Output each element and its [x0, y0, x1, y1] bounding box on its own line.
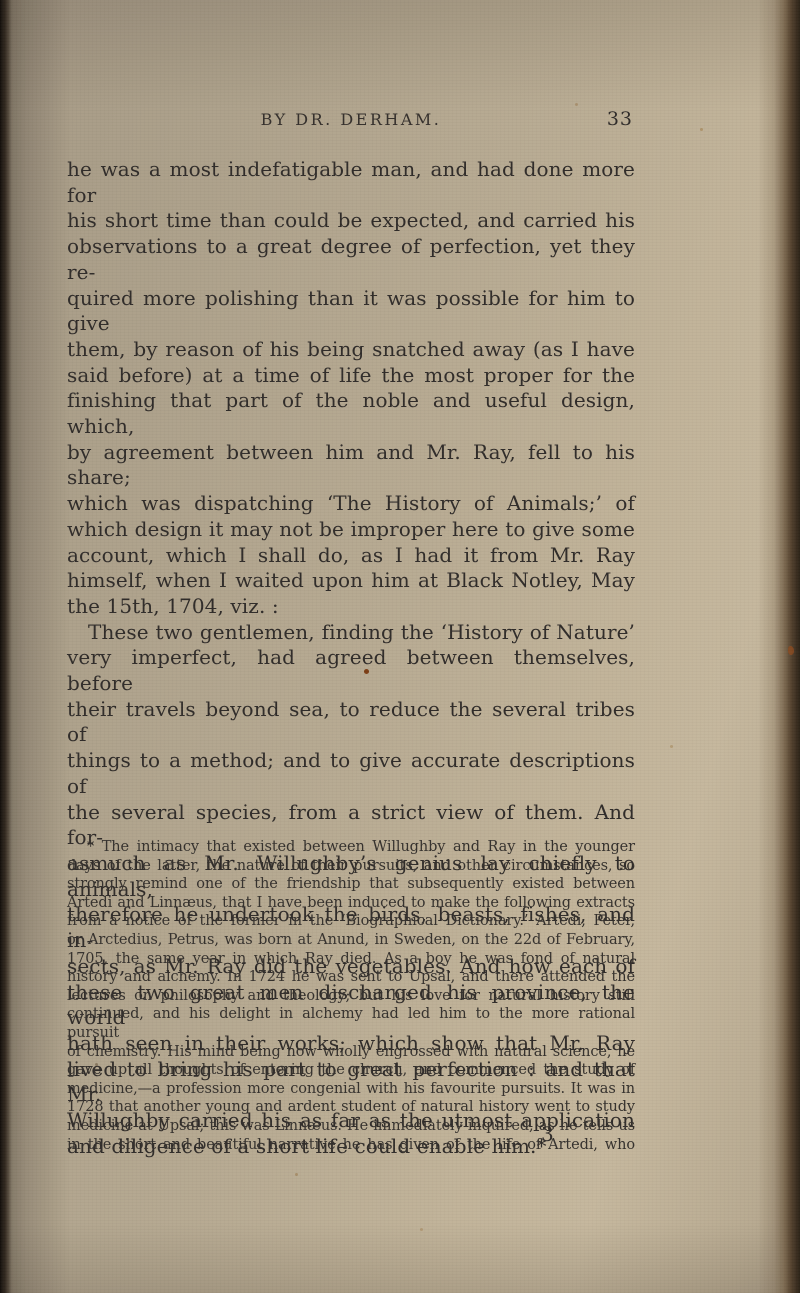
body-text-line: the 15th, 1704, viz. :: [67, 594, 635, 620]
footnote-line: strongly remind one of the friendship th…: [67, 875, 635, 894]
body-text-line: These two gentlemen, finding the ‘Histor…: [67, 620, 635, 646]
footnote-line: or Arctedius, Petrus, was born at Anund,…: [67, 931, 635, 950]
footnote-line: from a notice of the former in the ‘Biog…: [67, 912, 635, 931]
body-text-line: observations to a great degree of perfec…: [67, 234, 635, 285]
body-text-line: them, by reason of his being snatched aw…: [67, 337, 635, 363]
body-text-line: which design it may not be improper here…: [67, 517, 635, 543]
foxing-speck: [420, 1228, 423, 1231]
body-text-line: things to a method; and to give accurate…: [67, 748, 635, 799]
body-text-line: himself, when I waited upon him at Black…: [67, 568, 635, 594]
footnote-line: 1728 that another young and ardent stude…: [67, 1098, 635, 1117]
footnote-line: continued, and his delight in alchemy ha…: [67, 1005, 635, 1042]
footnote-line: lectures on philosophy and theology; but…: [67, 987, 635, 1006]
running-header-title: BY DR. DERHAM.: [67, 110, 635, 129]
printer-signature-mark: 3: [541, 1122, 554, 1146]
body-text-line: his short time than could be expected, a…: [67, 208, 635, 234]
body-text-line: he was a most indefatigable man, and had…: [67, 157, 635, 208]
body-text-line: finishing that part of the noble and use…: [67, 388, 635, 439]
foxing-speck: [575, 103, 578, 106]
footnote-line: days of the latter, the nature of their …: [67, 857, 635, 876]
body-text-line: by agreement between him and Mr. Ray, fe…: [67, 440, 635, 491]
foxing-speck: [700, 128, 703, 131]
footnote-line: * The intimacy that existed between Will…: [67, 838, 635, 857]
page-number: 33: [607, 108, 633, 130]
foxing-speck: [670, 745, 673, 748]
page-header: BY DR. DERHAM. 33: [67, 110, 635, 136]
page-gutter-edge: [0, 0, 12, 1293]
page-outer-edge: [758, 0, 800, 1293]
body-text-line: said before) at a time of life the most …: [67, 363, 635, 389]
body-text-line: their travels beyond sea, to reduce the …: [67, 697, 635, 748]
footnote-line: medicine,—a profession more congenial wi…: [67, 1080, 635, 1099]
footnote-line: 1705, the same year in which Ray died. A…: [67, 950, 635, 969]
body-text-line: which was dispatching ‘The History of An…: [67, 491, 635, 517]
foxing-speck: [295, 1173, 298, 1176]
footnote-line: of chemistry. His mind being now wholly …: [67, 1043, 635, 1062]
footnote-text: * The intimacy that existed between Will…: [67, 838, 635, 1154]
body-text-line: quired more polishing than it was possib…: [67, 286, 635, 337]
body-text-line: account, which I shall do, as I had it f…: [67, 543, 635, 569]
body-text-line: very imperfect, had agreed between thems…: [67, 645, 635, 696]
book-page-scan: BY DR. DERHAM. 33 he was a most indefati…: [0, 0, 800, 1293]
footnote-line: history and alchemy. In 1724 he was sent…: [67, 968, 635, 987]
footnote-line: Artedi and Linnæus, that I have been ind…: [67, 894, 635, 913]
footnote-line: gave up all thoughts of entering the chu…: [67, 1061, 635, 1080]
